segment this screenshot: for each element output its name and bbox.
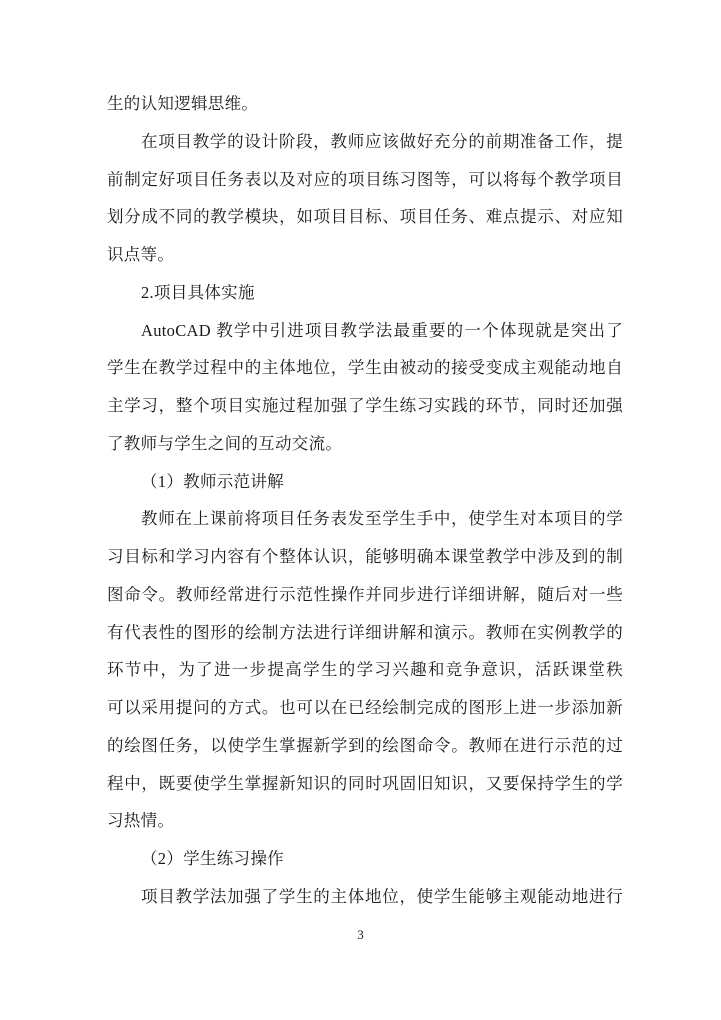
paragraph: （1）教师示范讲解 xyxy=(107,463,623,501)
paragraph: 2.项目具体实施 xyxy=(107,274,623,312)
text-line: 划分成不同的教学模块，如项目目标、项目任务、难点提示、对应知 xyxy=(107,198,623,236)
text-line: 习热情。 xyxy=(107,802,623,840)
page-number: 3 xyxy=(0,927,721,943)
text-line: 图命令。教师经常进行示范性操作并同步进行详细讲解，随后对一些 xyxy=(107,576,623,614)
text-line: 可以采用提问的方式。也可以在已经绘制完成的图形上进一步添加新 xyxy=(107,689,623,727)
text-line: 环节中，为了进一步提高学生的学习兴趣和竞争意识，活跃课堂秩序， xyxy=(107,651,623,689)
paragraph: 教师在上课前将项目任务表发至学生手中，使学生对本项目的学习目标和学习内容有个整体… xyxy=(107,500,623,840)
text-line: 有代表性的图形的绘制方法进行详细讲解和演示。教师在实例教学的 xyxy=(107,614,623,652)
text-line: 的绘图任务，以使学生掌握新学到的绘图命令。教师在进行示范的过 xyxy=(107,727,623,765)
text-line: 程中，既要使学生掌握新知识的同时巩固旧知识，又要保持学生的学 xyxy=(107,765,623,803)
paragraph: AutoCAD 教学中引进项目教学法最重要的一个体现就是突出了学生在教学过程中的… xyxy=(107,312,623,463)
text-line: 生的认知逻辑思维。 xyxy=(107,85,623,123)
text-line: AutoCAD 教学中引进项目教学法最重要的一个体现就是突出了 xyxy=(107,312,623,350)
paragraph: 在项目教学的设计阶段，教师应该做好充分的前期准备工作，提前制定好项目任务表以及对… xyxy=(107,123,623,274)
paragraph: 生的认知逻辑思维。 xyxy=(107,85,623,123)
text-line: （2）学生练习操作 xyxy=(107,840,623,878)
text-line: 前制定好项目任务表以及对应的项目练习图等，可以将每个教学项目 xyxy=(107,161,623,199)
text-line: 在项目教学的设计阶段，教师应该做好充分的前期准备工作，提 xyxy=(107,123,623,161)
document-body: 生的认知逻辑思维。在项目教学的设计阶段，教师应该做好充分的前期准备工作，提前制定… xyxy=(107,85,623,916)
text-line: （1）教师示范讲解 xyxy=(107,463,623,501)
text-line: 习目标和学习内容有个整体认识，能够明确本课堂教学中涉及到的制 xyxy=(107,538,623,576)
paragraph: 项目教学法加强了学生的主体地位，使学生能够主观能动地进行 xyxy=(107,878,623,916)
text-line: 教师在上课前将项目任务表发至学生手中，使学生对本项目的学 xyxy=(107,500,623,538)
text-line: 项目教学法加强了学生的主体地位，使学生能够主观能动地进行 xyxy=(107,878,623,916)
text-line: 识点等。 xyxy=(107,236,623,274)
text-line: 了教师与学生之间的互动交流。 xyxy=(107,425,623,463)
paragraph: （2）学生练习操作 xyxy=(107,840,623,878)
text-line: 学生在教学过程中的主体地位，学生由被动的接受变成主观能动地自 xyxy=(107,349,623,387)
text-line: 主学习，整个项目实施过程加强了学生练习实践的环节，同时还加强 xyxy=(107,387,623,425)
text-line: 2.项目具体实施 xyxy=(107,274,623,312)
document-page: 生的认知逻辑思维。在项目教学的设计阶段，教师应该做好充分的前期准备工作，提前制定… xyxy=(0,0,721,1020)
